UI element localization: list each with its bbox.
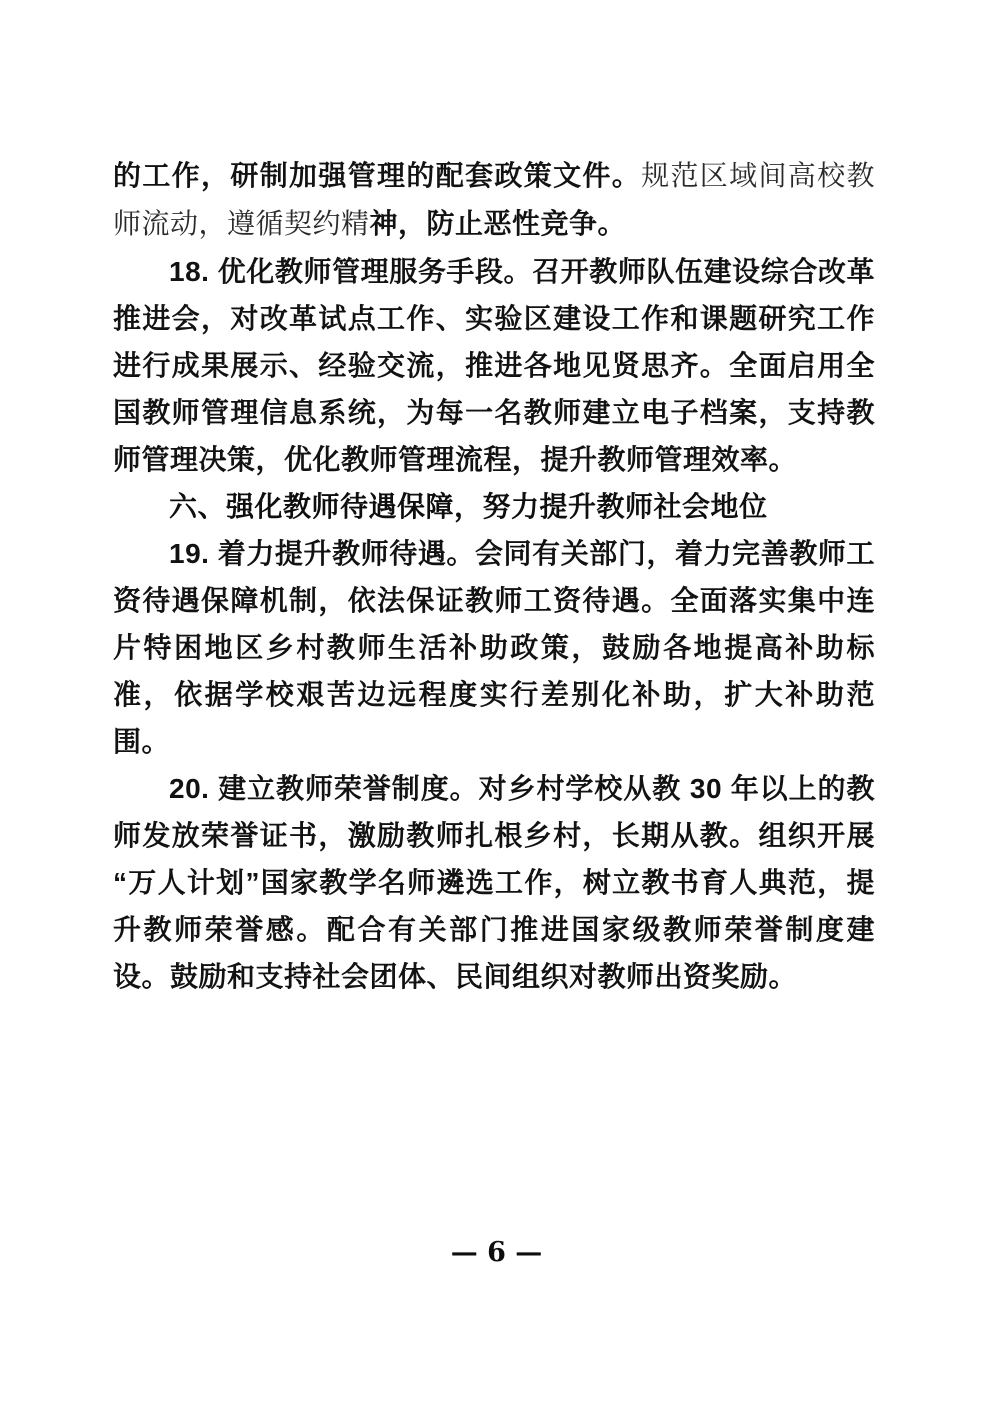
paragraph-19: 19. 着力提升教师待遇。会同有关部门，着力完善教师工资待遇保障机制，依法保证教… bbox=[113, 530, 875, 765]
paragraph-17-bold-segment-2: 神，防止恶性竞争。 bbox=[370, 208, 627, 239]
paragraph-17-bold-segment-1: 的工作，研制加强管理的配套政策文件。 bbox=[113, 160, 641, 191]
section-6-heading: 六、强化教师待遇保障，努力提升教师社会地位 bbox=[113, 483, 875, 530]
document-page: 的工作，研制加强管理的配套政策文件。规范区域间高校教师流动，遵循契约精神，防止恶… bbox=[0, 0, 993, 1404]
paragraph-20: 20. 建立教师荣誉制度。对乡村学校从教 30 年以上的教师发放荣誉证书，激励教… bbox=[113, 765, 875, 1000]
page-number: — 6 — bbox=[0, 1229, 993, 1276]
paragraph-17-continuation: 的工作，研制加强管理的配套政策文件。规范区域间高校教师流动，遵循契约精神，防止恶… bbox=[113, 152, 875, 248]
paragraph-18: 18. 优化教师管理服务手段。召开教师队伍建设综合改革推进会，对改革试点工作、实… bbox=[113, 248, 875, 483]
document-body: 的工作，研制加强管理的配套政策文件。规范区域间高校教师流动，遵循契约精神，防止恶… bbox=[113, 152, 875, 1000]
